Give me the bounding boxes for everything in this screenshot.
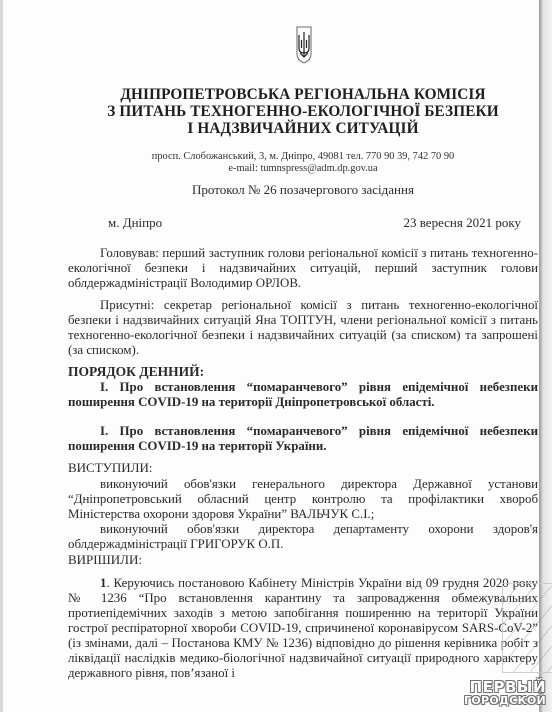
speaker-2: виконуючий обов'язки директора департаме… [68, 522, 538, 552]
watermark-line-2: ГОРОДСКОЙ [464, 694, 546, 708]
commission-title: ДНІПРОПЕТРОВСЬКА РЕГІОНАЛЬНА КОМІСІЯ З П… [68, 86, 538, 137]
watermark-logo: ПЕРВЫЙ ГОРОДСКОЙ [464, 680, 546, 708]
speaker-1-text: виконуючий обов'язки генерального директ… [68, 477, 538, 521]
title-line-1: ДНІПРОПЕТРОВСЬКА РЕГІОНАЛЬНА КОМІСІЯ [68, 86, 538, 103]
address-line: просп. Слобожанський, 3, м. Дніпро, 4908… [68, 151, 538, 163]
present-paragraph: Присутні: секретар регіональної комісії … [68, 298, 538, 358]
protocol-city: м. Дніпро [108, 215, 162, 231]
scan-left-edge [0, 0, 3, 712]
title-line-3: І НАДЗВИЧАЙНИХ СИТУАЦІЙ [68, 120, 538, 137]
agenda-item-1: І. Про встановлення “помаранчевого” рівн… [68, 380, 538, 410]
signature-stamp [502, 583, 552, 673]
tryzub-coat-of-arms-icon [296, 26, 312, 64]
speakers-heading: ВИСТУПИЛИ: [68, 460, 152, 476]
agenda-item-2-text: І. Про встановлення “помаранчевого” рівн… [68, 424, 538, 453]
document-page: ДНІПРОПЕТРОВСЬКА РЕГІОНАЛЬНА КОМІСІЯ З П… [68, 0, 538, 712]
chair-paragraph: Головував: перший заступник голови регіо… [68, 246, 538, 291]
speaker-2-text: виконуючий обов'язки директора департаме… [68, 522, 538, 551]
watermark-line-1: ПЕРВЫЙ [464, 680, 546, 694]
protocol-date: 23 вересня 2021 року [403, 215, 521, 231]
decision-1: 1. Керуючись постановою Кабінету Міністр… [68, 576, 538, 681]
title-line-2: З ПИТАНЬ ТЕХНОГЕННО-ЕКОЛОГІЧНОЇ БЕЗПЕКИ [68, 103, 538, 120]
agenda-heading: ПОРЯДОК ДЕННИЙ: [68, 364, 204, 380]
decided-heading: ВИРІШИЛИ: [68, 552, 142, 568]
contact-block: просп. Слобожанський, 3, м. Дніпро, 4908… [68, 151, 538, 175]
agenda-item-1-text: І. Про встановлення “помаранчевого” рівн… [68, 380, 538, 409]
decision-1-text: . Керуючись постановою Кабінету Міністрі… [68, 576, 538, 680]
protocol-title: Протокол № 26 позачергового засідання [68, 182, 538, 198]
agenda-item-2: І. Про встановлення “помаранчевого” рівн… [68, 424, 538, 454]
present-text: Присутні: секретар регіональної комісії … [68, 298, 538, 357]
email-line: e-mail: tumnspress@adm.dp.gov.ua [68, 163, 538, 175]
speaker-1: виконуючий обов'язки генерального директ… [68, 477, 538, 522]
chair-text: Головував: перший заступник голови регіо… [68, 246, 538, 290]
